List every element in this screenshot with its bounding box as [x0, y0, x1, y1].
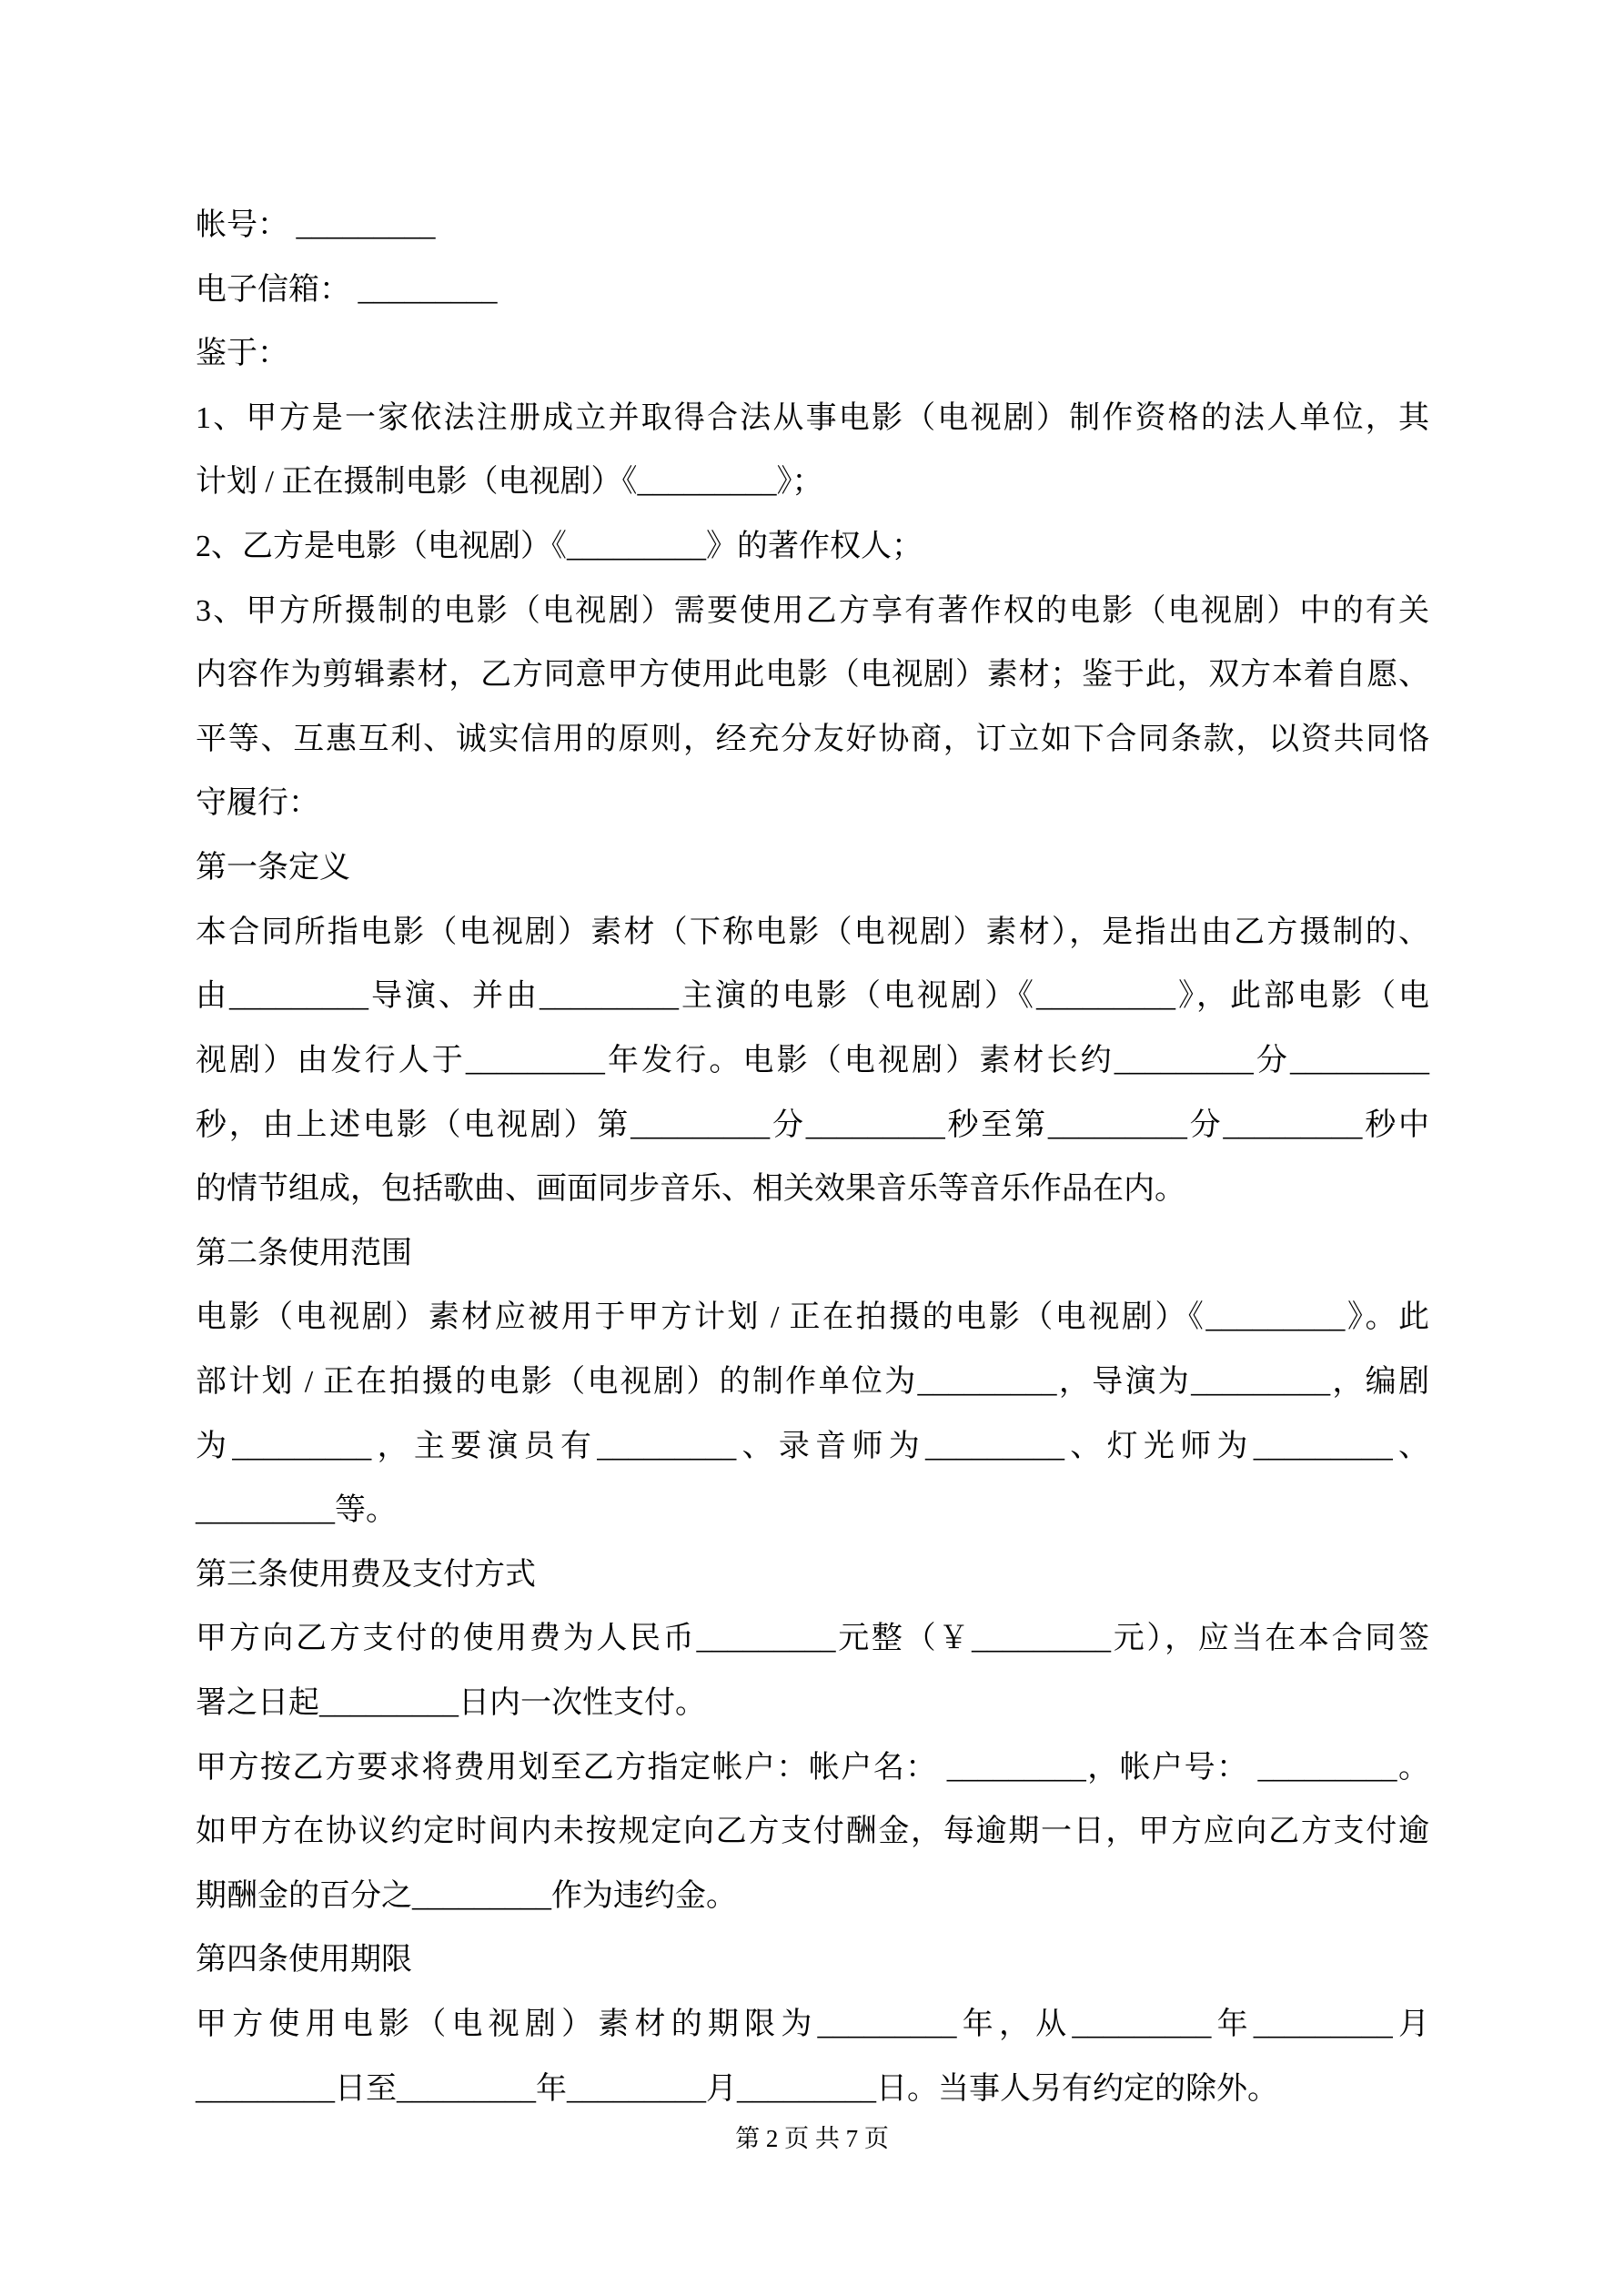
- contract-page: 帐号： _________ 电子信箱： _________ 鉴于： 1、甲方是一…: [0, 0, 1624, 2296]
- heading-article2-scope: 第二条使用范围: [196, 1222, 1429, 1287]
- recital-2: 2、乙方是电影（电视剧）《_________》的著作权人；: [196, 515, 1429, 580]
- article2-line1: 电影（电视剧）素材应被用于甲方计划 / 正在拍摄的电影（电视剧）《_______…: [196, 1286, 1429, 1350]
- article1-line1: 本合同所指电影（电视剧）素材（下称电影（电视剧）素材），是指出由乙方摄制的、: [196, 901, 1429, 966]
- article4-line1: 甲方使用电影（电视剧）素材的期限为_________年，从_________年_…: [196, 1993, 1429, 2058]
- article4-line2: _________日至_________年_________月_________…: [196, 2058, 1429, 2122]
- line-email: 电子信箱： _________: [196, 258, 1429, 323]
- article2-line3: 为_________，主要演员有_________、录音师为_________、…: [196, 1415, 1429, 1480]
- heading-article1-definition: 第一条定义: [196, 836, 1429, 901]
- article1-line3: 视剧）由发行人于_________年发行。电影（电视剧）素材长约________…: [196, 1029, 1429, 1094]
- article1-line4: 秒，由上述电影（电视剧）第_________分_________秒至第_____…: [196, 1094, 1429, 1158]
- recital-1-line2: 计划 / 正在摄制电影（电视剧）《_________》；: [196, 450, 1429, 515]
- recital-3-line1: 3、甲方所摄制的电影（电视剧）需要使用乙方享有著作权的电影（电视剧）中的有关: [196, 580, 1429, 644]
- recital-3-line2: 内容作为剪辑素材，乙方同意甲方使用此电影（电视剧）素材；鉴于此，双方本着自愿、: [196, 643, 1429, 708]
- recital-3-line3: 平等、互惠互利、诚实信用的原则，经充分友好协商，订立如下合同条款，以资共同恪: [196, 708, 1429, 773]
- article2-line2: 部计划 / 正在拍摄的电影（电视剧）的制作单位为_________，导演为___…: [196, 1350, 1429, 1415]
- heading-article3-fee-payment: 第三条使用费及支付方式: [196, 1543, 1429, 1608]
- article1-line2: 由_________导演、并由_________主演的电影（电视剧）《_____…: [196, 965, 1429, 1029]
- contract-body: 帐号： _________ 电子信箱： _________ 鉴于： 1、甲方是一…: [196, 194, 1429, 2121]
- article3-line3: 甲方按乙方要求将费用划至乙方指定帐户：帐户名： _________，帐户号： _…: [196, 1736, 1429, 1801]
- heading-article4-term: 第四条使用期限: [196, 1928, 1429, 1993]
- article3-line4: 如甲方在协议约定时间内未按规定向乙方支付酬金，每逾期一日，甲方应向乙方支付逾: [196, 1800, 1429, 1865]
- article3-line2: 署之日起_________日内一次性支付。: [196, 1672, 1429, 1736]
- article1-line5: 的情节组成，包括歌曲、画面同步音乐、相关效果音乐等音乐作品在内。: [196, 1158, 1429, 1222]
- article3-line5: 期酬金的百分之_________作为违约金。: [196, 1865, 1429, 1929]
- page-footer: 第 2 页 共 7 页: [0, 2119, 1624, 2158]
- recital-1-line1: 1、甲方是一家依法注册成立并取得合法从事电影（电视剧）制作资格的法人单位，其: [196, 387, 1429, 451]
- line-account-number: 帐号： _________: [196, 194, 1429, 258]
- article3-line1: 甲方向乙方支付的使用费为人民币_________元整（￥_________元），…: [196, 1607, 1429, 1672]
- article2-line4: _________等。: [196, 1479, 1429, 1543]
- recital-3-line4: 守履行：: [196, 772, 1429, 836]
- line-whereas: 鉴于：: [196, 322, 1429, 387]
